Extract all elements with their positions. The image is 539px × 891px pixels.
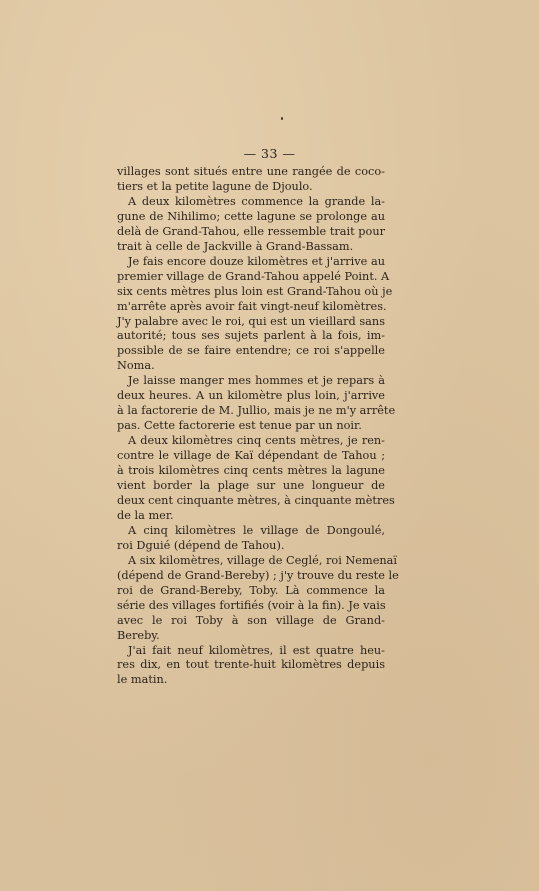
paragraph-4: Je laisse manger mes hommes et je repars… (117, 374, 385, 434)
paragraph-2: A deux kilomètres commence la grande la-… (117, 195, 385, 255)
text-line: avec le roi Toby à son village de Grand- (117, 614, 385, 629)
text-line: J'y palabre avec le roi, qui est un viei… (117, 315, 385, 330)
text-line: pas. Cette factorerie est tenue par un n… (117, 419, 385, 434)
text-line: de la mer. (117, 509, 385, 524)
text-line: vient border la plage sur une longueur d… (117, 479, 385, 494)
text-line: A deux kilomètres commence la grande la- (117, 195, 385, 210)
text-line: trait à celle de Jackville à Grand-Bassa… (117, 240, 385, 255)
text-line: m'arrête après avoir fait vingt-neuf kil… (117, 300, 385, 315)
text-line: roi de Grand-Bereby, Toby. Là commence l… (117, 584, 385, 599)
paragraph-5: A deux kilomètres cinq cents mètres, je … (117, 434, 385, 524)
text-line: à la factorerie de M. Jullio, mais je ne… (117, 404, 385, 419)
paragraph-6: A cinq kilomètres le village de Dongoulé… (117, 524, 385, 554)
text-line: delà de Grand-Tahou, elle ressemble trai… (117, 225, 385, 240)
page-number: — 33 — (0, 146, 539, 161)
text-line: A deux kilomètres cinq cents mètres, je … (117, 434, 385, 449)
text-line: A cinq kilomètres le village de Dongoulé… (117, 524, 385, 539)
text-line: Noma. (117, 359, 385, 374)
text-line: villages sont situés entre une rangée de… (117, 165, 385, 180)
text-line: autorité; tous ses sujets parlent à la f… (117, 329, 385, 344)
text-line: A six kilomètres, village de Ceglé, roi … (117, 554, 385, 569)
text-line: Je laisse manger mes hommes et je repars… (117, 374, 385, 389)
text-line: roi Dguié (dépend de Tahou). (117, 539, 385, 554)
text-line: six cents mètres plus loin est Grand-Tah… (117, 285, 385, 300)
book-page: — 33 — villages sont situés entre une ra… (0, 0, 539, 891)
text-line: tiers et la petite lagune de Djoulo. (117, 180, 385, 195)
text-line: deux cent cinquante mètres, à cinquante … (117, 494, 385, 509)
text-line: à trois kilomètres cinq cents mètres la … (117, 464, 385, 479)
text-line: série des villages fortifiés (voir à la … (117, 599, 385, 614)
text-line: deux heures. A un kilomètre plus loin, j… (117, 389, 385, 404)
text-line: J'ai fait neuf kilomètres, il est quatre… (117, 644, 385, 659)
text-line: le matin. (117, 673, 385, 688)
text-line: res dix, en tout trente-huit kilomètres … (117, 658, 385, 673)
text-line: (dépend de Grand-Bereby) ; j'y trouve du… (117, 569, 385, 584)
paragraph-8: J'ai fait neuf kilomètres, il est quatre… (117, 644, 385, 689)
text-line: Je fais encore douze kilomètres et j'arr… (117, 255, 385, 270)
ink-speck (281, 117, 283, 120)
text-line: contre le village de Kaï dépendant de Ta… (117, 449, 385, 464)
text-line: gune de Nihilimo; cette lagune se prolon… (117, 210, 385, 225)
paragraph-3: Je fais encore douze kilomètres et j'arr… (117, 255, 385, 375)
body-text: villages sont situés entre une rangée de… (117, 165, 385, 688)
paragraph-7: A six kilomètres, village de Ceglé, roi … (117, 554, 385, 644)
text-line: premier village de Grand-Tahou appelé Po… (117, 270, 385, 285)
paragraph-1: villages sont situés entre une rangée de… (117, 165, 385, 195)
text-line: possible de se faire entendre; ce roi s'… (117, 344, 385, 359)
text-line: Bereby. (117, 629, 385, 644)
